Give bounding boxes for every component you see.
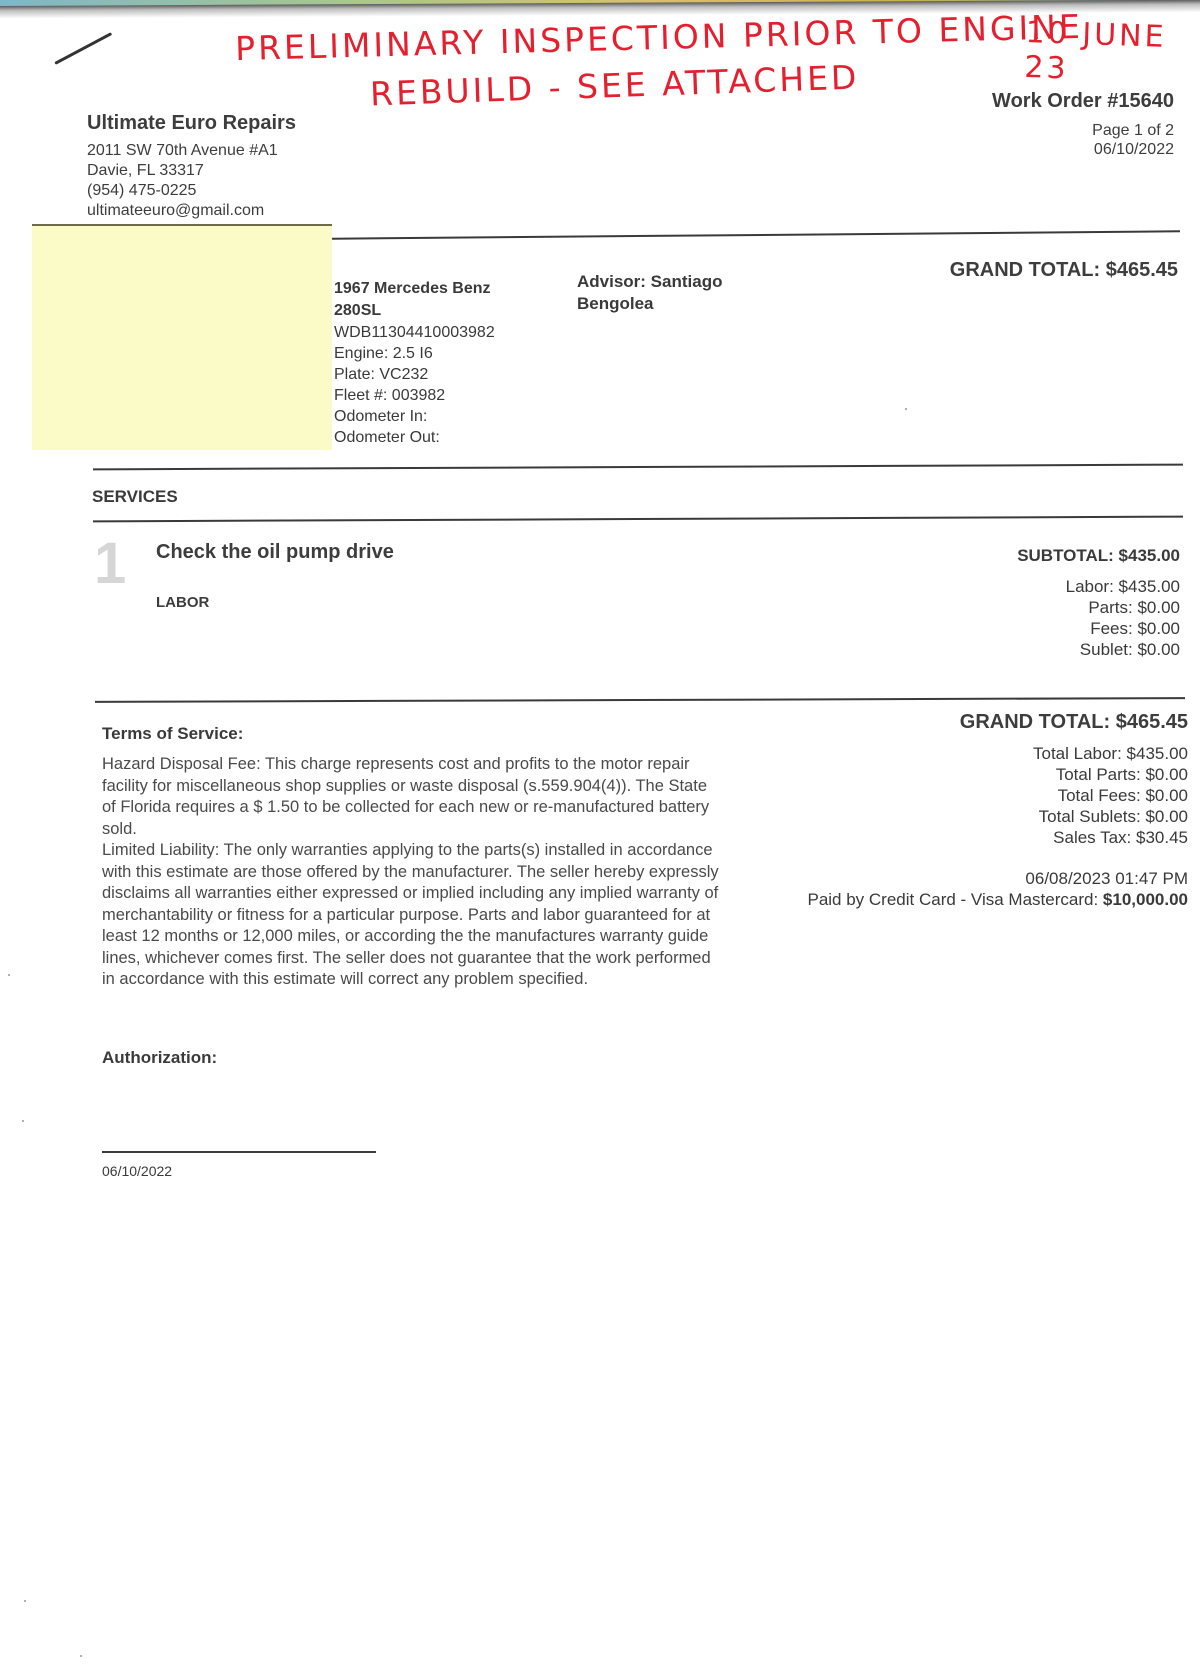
page-indicator: Page 1 of 2 bbox=[992, 121, 1174, 140]
shop-address-line1: 2011 SW 70th Avenue #A1 bbox=[87, 141, 296, 161]
scan-speck bbox=[8, 974, 10, 976]
work-order-date: 06/10/2022 bbox=[992, 140, 1174, 159]
vehicle-title-line2: 280SL bbox=[334, 300, 495, 322]
order-totals: GRAND TOTAL: $465.45 Total Labor: $435.0… bbox=[807, 711, 1188, 910]
terms-limited-liability: Limited Liability: The only warranties a… bbox=[102, 840, 722, 991]
handwritten-note-line2: Rebuild - See Attached bbox=[369, 57, 860, 113]
scan-speck bbox=[80, 1655, 82, 1657]
work-order-header: Work Order #15640 Page 1 of 2 06/10/2022 bbox=[992, 90, 1174, 159]
payment-label: Paid by Credit Card - Visa Mastercard: bbox=[807, 890, 1102, 909]
grand-total: GRAND TOTAL: $465.45 bbox=[807, 711, 1188, 734]
payment-method: Paid by Credit Card - Visa Mastercard: $… bbox=[807, 889, 1188, 910]
handwritten-date: 10 June 23 bbox=[1024, 15, 1200, 91]
vehicle-info: 1967 Mercedes Benz 280SL WDB113044100039… bbox=[334, 278, 495, 448]
sales-tax: Sales Tax: $30.45 bbox=[807, 827, 1188, 848]
subtotal-fees: Fees: $0.00 bbox=[1017, 618, 1180, 639]
subtotal-sublet: Sublet: $0.00 bbox=[1017, 639, 1180, 660]
work-order-title: Work Order #15640 bbox=[992, 90, 1174, 113]
payment-datetime: 06/08/2023 01:47 PM bbox=[807, 868, 1188, 889]
vehicle-plate: Plate: VC232 bbox=[334, 364, 495, 385]
authorization-heading: Authorization: bbox=[102, 1048, 217, 1068]
grand-total-header: GRAND TOTAL: $465.45 bbox=[950, 259, 1178, 282]
subtotal-labor: Labor: $435.00 bbox=[1017, 576, 1180, 597]
scan-speck bbox=[24, 1600, 26, 1602]
services-heading: SERVICES bbox=[92, 487, 178, 507]
vehicle-odometer-in: Odometer In: bbox=[334, 406, 495, 427]
total-sublets: Total Sublets: $0.00 bbox=[807, 806, 1188, 827]
scan-speck bbox=[22, 1120, 24, 1122]
sticky-note-redaction bbox=[32, 224, 332, 450]
vehicle-vin: WDB11304410003982 bbox=[334, 322, 495, 343]
subtotal-parts: Parts: $0.00 bbox=[1017, 597, 1180, 618]
authorization-date: 06/10/2022 bbox=[102, 1163, 172, 1179]
shop-address-line2: Davie, FL 33317 bbox=[87, 161, 296, 181]
divider bbox=[93, 516, 1183, 523]
service-advisor: Advisor: Santiago Bengolea bbox=[577, 271, 767, 315]
divider bbox=[93, 464, 1183, 471]
vehicle-engine: Engine: 2.5 I6 bbox=[334, 343, 495, 364]
shop-phone: (954) 475-0225 bbox=[87, 181, 296, 201]
terms-hazard-fee: Hazard Disposal Fee: This charge represe… bbox=[102, 754, 722, 840]
terms-body: Hazard Disposal Fee: This charge represe… bbox=[102, 754, 722, 991]
shop-email: ultimateeuro@gmail.com bbox=[87, 201, 296, 221]
payment-info: 06/08/2023 01:47 PM Paid by Credit Card … bbox=[807, 868, 1188, 910]
shop-info: Ultimate Euro Repairs 2011 SW 70th Avenu… bbox=[87, 112, 296, 221]
total-labor: Total Labor: $435.00 bbox=[807, 743, 1188, 764]
vehicle-odometer-out: Odometer Out: bbox=[334, 427, 495, 448]
payment-amount: $10,000.00 bbox=[1103, 890, 1188, 909]
staple-mark bbox=[54, 32, 112, 65]
service-type-label: LABOR bbox=[156, 594, 209, 611]
service-number: 1 bbox=[94, 530, 126, 597]
service-subtotal: SUBTOTAL: $435.00 Labor: $435.00 Parts: … bbox=[1017, 546, 1180, 660]
terms-heading: Terms of Service: bbox=[102, 724, 722, 744]
divider bbox=[95, 697, 1185, 703]
terms-of-service: Terms of Service: Hazard Disposal Fee: T… bbox=[102, 724, 722, 991]
service-title: Check the oil pump drive bbox=[156, 541, 394, 564]
shop-name: Ultimate Euro Repairs bbox=[87, 112, 296, 135]
divider bbox=[332, 230, 1180, 239]
total-parts: Total Parts: $0.00 bbox=[807, 764, 1188, 785]
signature-line bbox=[102, 1151, 376, 1153]
vehicle-title-line1: 1967 Mercedes Benz bbox=[334, 278, 495, 300]
scan-speck bbox=[905, 408, 907, 410]
vehicle-fleet: Fleet #: 003982 bbox=[334, 385, 495, 406]
subtotal-amount: SUBTOTAL: $435.00 bbox=[1017, 546, 1180, 566]
total-fees: Total Fees: $0.00 bbox=[807, 785, 1188, 806]
